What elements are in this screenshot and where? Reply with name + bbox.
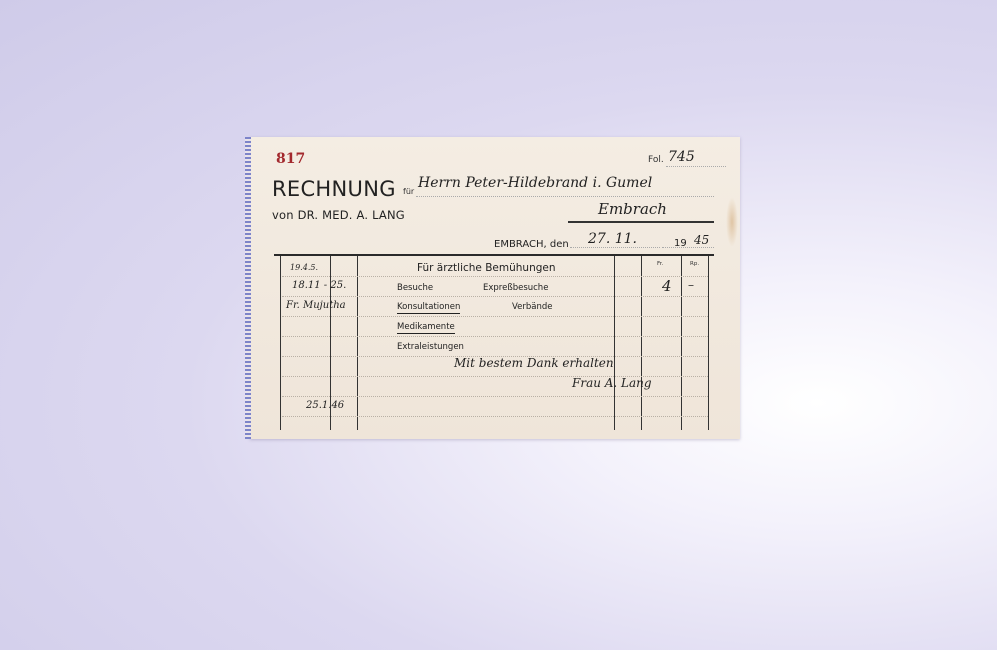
table-right-border bbox=[708, 256, 709, 430]
table-top-rule bbox=[274, 254, 714, 256]
row-line bbox=[282, 276, 708, 277]
service-extras: Extraleistungen bbox=[397, 342, 464, 352]
rappen-header: Rp. bbox=[690, 261, 699, 267]
row-line bbox=[282, 296, 708, 297]
service-medication: Medikamente bbox=[397, 322, 455, 334]
paper-stain bbox=[726, 197, 738, 247]
services-heading: Für ärztliche Bemühungen bbox=[417, 262, 556, 274]
service-bandages: Verbände bbox=[512, 302, 553, 312]
folio-label: Fol. bbox=[648, 155, 664, 165]
amount-column-divider-3 bbox=[681, 256, 682, 430]
for-label: für bbox=[403, 187, 414, 196]
date-line bbox=[570, 247, 660, 248]
entry-paid-date: 25.1.46 bbox=[306, 400, 344, 411]
city-date-label: EMBRACH, den bbox=[494, 239, 569, 250]
recipient-name: Herrn Peter-Hildebrand i. Gumel bbox=[418, 175, 652, 191]
entry-start-date: 19.4.5. bbox=[290, 263, 318, 272]
row-line bbox=[282, 396, 708, 397]
entry-date-range: 18.11 - 25. bbox=[292, 280, 346, 291]
invoice-date: 27. 11. bbox=[588, 231, 637, 247]
service-visits: Besuche bbox=[397, 283, 433, 293]
invoice-document: 817 Fol. 745 RECHNUNG für Herrn Peter-Hi… bbox=[250, 137, 740, 439]
row-line bbox=[282, 416, 708, 417]
table-left-border bbox=[280, 256, 281, 430]
recipient-line bbox=[416, 196, 714, 197]
folio-line bbox=[666, 166, 726, 167]
row-line bbox=[282, 316, 708, 317]
row-line bbox=[282, 336, 708, 337]
invoice-title: RECHNUNG bbox=[272, 177, 396, 201]
amount-francs: 4 bbox=[662, 277, 672, 295]
amount-column-divider-2 bbox=[641, 256, 642, 430]
amount-column-divider-1 bbox=[614, 256, 615, 430]
description-column-divider bbox=[357, 256, 358, 430]
perforated-edge bbox=[245, 137, 251, 439]
signature: Frau A. Lang bbox=[572, 376, 652, 390]
year-suffix: 45 bbox=[694, 233, 709, 247]
folio-value: 745 bbox=[668, 149, 695, 165]
year-line bbox=[662, 247, 714, 248]
service-express-visits: Expreßbesuche bbox=[483, 283, 548, 293]
receipt-note: Mit bestem Dank erhalten bbox=[454, 356, 614, 370]
address-underline bbox=[568, 221, 714, 223]
issuer-line: von DR. MED. A. LANG bbox=[272, 208, 405, 222]
invoice-number: 817 bbox=[276, 151, 305, 167]
service-consultations: Konsultationen bbox=[397, 302, 460, 314]
entry-patient: Fr. Mujutha bbox=[286, 300, 346, 311]
recipient-place: Embrach bbox=[598, 200, 667, 218]
amount-rappen: – bbox=[688, 278, 694, 292]
francs-header: Fr. bbox=[657, 261, 663, 267]
